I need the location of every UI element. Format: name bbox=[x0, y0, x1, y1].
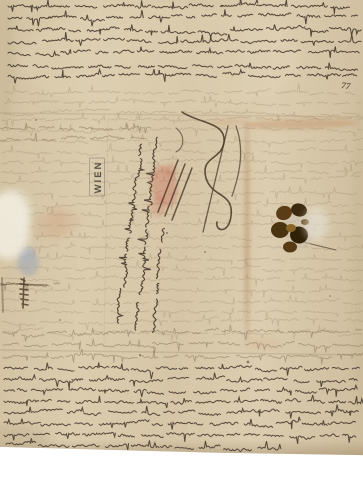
wax-seal-blob bbox=[286, 224, 296, 232]
middle-bleed-line bbox=[2, 186, 357, 200]
bottom-text-line bbox=[4, 362, 359, 379]
docket-number: 77 bbox=[341, 80, 352, 91]
fold-crease bbox=[104, 118, 108, 348]
ink-flourish bbox=[20, 278, 28, 308]
letter-scan: WIEN 77 bbox=[0, 0, 363, 500]
paper-stain bbox=[20, 5, 300, 115]
wien-postmark-text: WIEN bbox=[93, 161, 104, 194]
fold-crease bbox=[0, 350, 363, 355]
gloss-patch bbox=[304, 207, 328, 241]
wien-postmark: WIEN bbox=[90, 158, 105, 196]
bottom-text-line bbox=[4, 417, 355, 430]
bottom-text-line bbox=[4, 386, 357, 397]
bottom-text-line bbox=[4, 395, 363, 408]
middle-bleed-line bbox=[2, 295, 362, 306]
ink-speck bbox=[35, 119, 37, 121]
ink-flourish bbox=[2, 278, 3, 312]
pre-bottom-faint-line bbox=[3, 325, 361, 342]
bottom-text-line bbox=[4, 432, 356, 444]
wax-seal-blob bbox=[271, 222, 289, 238]
wax-seal-blob bbox=[283, 242, 297, 253]
ink-speck bbox=[247, 361, 250, 364]
paper-stain bbox=[242, 118, 358, 130]
paper-stain bbox=[48, 207, 66, 237]
bottom-text-line bbox=[4, 405, 358, 419]
middle-bleed-line bbox=[2, 308, 363, 319]
letter-paper: WIEN 77 bbox=[0, 0, 363, 456]
paper-stain bbox=[0, 426, 50, 454]
ink-speck bbox=[139, 354, 141, 356]
paper-stain bbox=[0, 0, 14, 130]
ink-speck bbox=[204, 251, 206, 253]
paper-stain bbox=[245, 118, 250, 342]
ink-speck bbox=[166, 232, 168, 234]
middle-bleed-line bbox=[2, 252, 363, 265]
bottom-text-line bbox=[4, 373, 357, 389]
middle-bleed-line bbox=[2, 153, 363, 167]
address-line bbox=[111, 143, 146, 324]
ink-flourish bbox=[176, 128, 183, 152]
letter-marks-canvas: WIEN 77 bbox=[0, 0, 363, 456]
ink-speck bbox=[59, 319, 61, 321]
middle-bleed-line bbox=[2, 284, 363, 298]
red-postmark-blot bbox=[165, 163, 177, 177]
middle-bleed-line bbox=[2, 313, 363, 330]
ink-speck bbox=[329, 295, 331, 297]
middle-bleed-line bbox=[2, 261, 363, 275]
